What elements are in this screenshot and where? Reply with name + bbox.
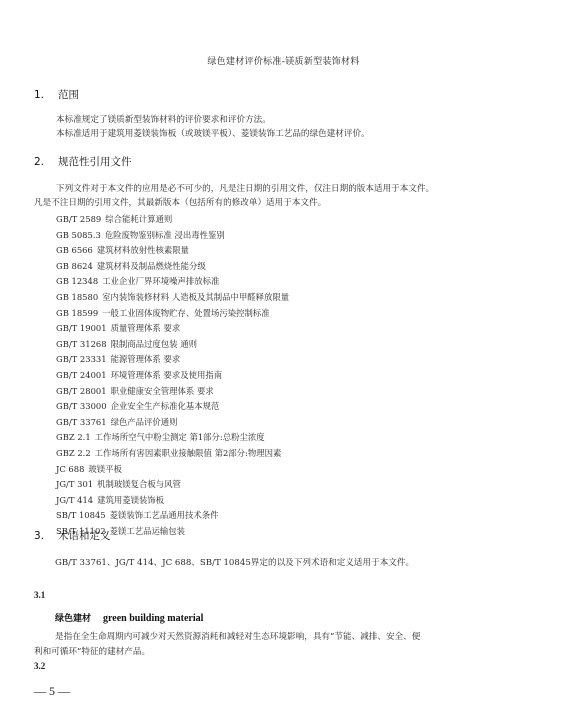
reference-code: GBZ 2.2 [56, 448, 91, 458]
page-number: — 5 — [34, 684, 70, 699]
reference-code: GB/T 2589 [56, 214, 101, 224]
section-3-heading: 3.术语和定义 [34, 528, 111, 543]
reference-title: 质量管理体系 要求 [111, 323, 181, 333]
reference-title: 机制玻镁复合板与风管 [97, 479, 181, 489]
section-1-heading: 1.范围 [34, 87, 79, 102]
reference-item: GB/T 28001职业健康安全管理体系 要求 [56, 384, 289, 400]
reference-item: GB/T 23331能源管理体系 要求 [56, 352, 289, 368]
reference-title: 环境管理体系 要求及使用指南 [111, 370, 223, 380]
reference-item: GB/T 24001环境管理体系 要求及使用指南 [56, 368, 289, 384]
reference-code: GB/T 33000 [56, 401, 107, 411]
reference-item: JG/T 414建筑用菱镁装饰板 [56, 493, 289, 509]
reference-item: GBZ 2.1工作场所空气中粉尘测定 第1部分:总粉尘浓度 [56, 430, 289, 446]
reference-code: SB/T 10845 [56, 510, 106, 520]
term-heading: 绿色建材green building material [55, 611, 203, 624]
section-title: 范围 [58, 89, 79, 101]
section-title: 术语和定义 [58, 530, 111, 542]
reference-title: 建筑材料放射性核素限量 [97, 245, 189, 255]
reference-code: GB 12348 [56, 276, 98, 286]
term-definition-line-2: 利和可循环”特征的建材产品。 [34, 645, 150, 657]
reference-title: 一般工业固体废物贮存、处置场污染控制标准 [102, 308, 270, 318]
clause-3-2-number: 3.2 [34, 661, 45, 671]
reference-code: GB/T 19001 [56, 323, 107, 333]
reference-code: GB/T 28001 [56, 386, 107, 396]
reference-item: GB/T 2589综合能耗计算通则 [56, 212, 289, 228]
reference-code: JG/T 301 [56, 479, 93, 489]
document-page: 绿色建材评价标准-镁质新型装饰材料 1.范围 本标准规定了镁质新型装饰材料的评价… [0, 0, 567, 708]
reference-code: GBZ 2.1 [56, 432, 91, 442]
clause-3-1-number: 3.1 [34, 590, 45, 600]
reference-title: 工作场所空气中粉尘测定 第1部分:总粉尘浓度 [95, 432, 265, 442]
section-number: 3. [34, 530, 58, 542]
reference-title: 建筑材料及制品燃烧性能分级 [97, 261, 206, 271]
reference-title: 限制商品过度包装 通则 [111, 339, 197, 349]
reference-code: GB 18580 [56, 292, 98, 302]
term-definition-line-1: 是指在全生命周期内可减少对天然资源消耗和减轻对生态环境影响，具有“节能、减排、安… [55, 630, 420, 642]
reference-title: 危险废物鉴别标准 浸出毒性鉴别 [105, 230, 225, 240]
reference-title: 室内装饰装修材料 人造板及其制品中甲醛释放限量 [102, 292, 289, 302]
reference-item: GB 18599一般工业固体废物贮存、处置场污染控制标准 [56, 306, 289, 322]
reference-item: GB/T 19001质量管理体系 要求 [56, 321, 289, 337]
section-number: 2. [34, 156, 58, 168]
reference-title: 工作场所有害因素职业接触限值 第2部分:物理因素 [95, 448, 282, 458]
normative-references-list: GB/T 2589综合能耗计算通则 GB 5085.3危险废物鉴别标准 浸出毒性… [56, 212, 289, 539]
section-title: 规范性引用文件 [58, 156, 132, 168]
reference-item: SB/T 10845菱镁装饰工艺品通用技术条件 [56, 508, 289, 524]
section-2-intro-line-2: 凡是不注日期的引用文件，其最新版本（包括所有的修改单）适用于本文件。 [34, 196, 326, 208]
section-1-paragraph-2: 本标准适用于建筑用菱镁装饰板（或玻镁平板）、菱镁装饰工艺品的绿色建材评价。 [56, 127, 370, 139]
reference-item: JC 688玻镁平板 [56, 462, 289, 478]
reference-code: JC 688 [56, 464, 84, 474]
section-2-heading: 2.规范性引用文件 [34, 154, 132, 169]
reference-item: GB 18580室内装饰装修材料 人造板及其制品中甲醛释放限量 [56, 290, 289, 306]
reference-item: GB 8624建筑材料及制品燃烧性能分级 [56, 259, 289, 275]
reference-code: GB 8624 [56, 261, 93, 271]
section-number: 1. [34, 89, 58, 101]
section-1-paragraph-1: 本标准规定了镁质新型装饰材料的评价要求和评价方法。 [56, 113, 271, 125]
reference-code: GB 18599 [56, 308, 98, 318]
term-english: green building material [103, 613, 203, 624]
reference-item: GB 12348工业企业厂界环境噪声排放标准 [56, 274, 289, 290]
reference-item: GB 5085.3危险废物鉴别标准 浸出毒性鉴别 [56, 228, 289, 244]
reference-title: 工业企业厂界环境噪声排放标准 [102, 276, 219, 286]
term-chinese: 绿色建材 [55, 614, 91, 624]
reference-item: GBZ 2.2工作场所有害因素职业接触限值 第2部分:物理因素 [56, 446, 289, 462]
reference-title: 绿色产品评价通则 [111, 417, 178, 427]
reference-title: 职业健康安全管理体系 要求 [111, 386, 214, 396]
reference-item: GB 6566建筑材料放射性核素限量 [56, 243, 289, 259]
reference-code: GB/T 24001 [56, 370, 107, 380]
reference-title: 菱镁装饰工艺品通用技术条件 [110, 510, 219, 520]
reference-code: GB/T 23331 [56, 354, 107, 364]
reference-item: GB/T 33761绿色产品评价通则 [56, 415, 289, 431]
reference-title: 菱镁工艺品运输包装 [110, 526, 185, 536]
reference-title: 能源管理体系 要求 [111, 354, 181, 364]
document-title: 绿色建材评价标准-镁质新型装饰材料 [0, 54, 567, 67]
reference-code: JG/T 414 [56, 495, 93, 505]
reference-code: GB/T 33761 [56, 417, 107, 427]
reference-title: 建筑用菱镁装饰板 [97, 495, 164, 505]
reference-code: GB/T 31268 [56, 339, 107, 349]
reference-item: GB/T 31268限制商品过度包装 通则 [56, 337, 289, 353]
reference-item: JG/T 301机制玻镁复合板与风管 [56, 477, 289, 493]
section-2-intro-line-1: 下列文件对于本文件的应用是必不可少的，凡是注日期的引用文件，仅注日期的版本适用于… [56, 182, 434, 194]
reference-title: 玻镁平板 [88, 464, 122, 474]
reference-title: 综合能耗计算通则 [105, 214, 172, 224]
section-3-intro: GB/T 33761、JG/T 414、JC 688、SB/T 10845界定的… [55, 556, 414, 568]
reference-code: GB 6566 [56, 245, 93, 255]
reference-item: GB/T 33000企业安全生产标准化基本规范 [56, 399, 289, 415]
reference-code: GB 5085.3 [56, 230, 101, 240]
reference-title: 企业安全生产标准化基本规范 [111, 401, 220, 411]
